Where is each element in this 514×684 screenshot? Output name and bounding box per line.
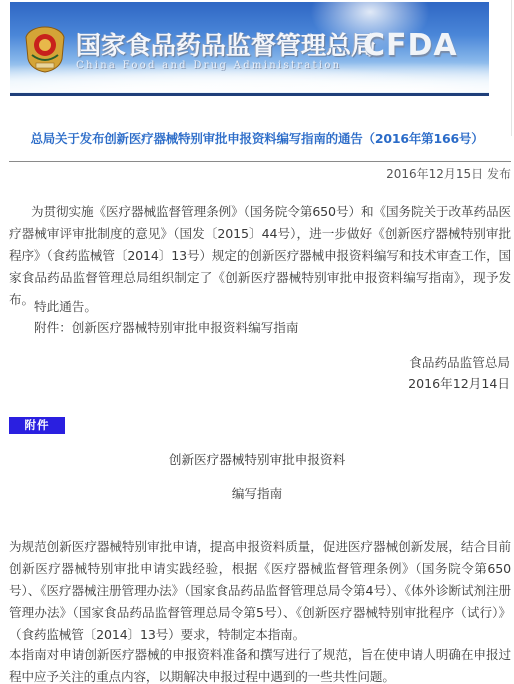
attachment-heading-line1: 创新医疗器械特别审批申报资料	[0, 449, 514, 468]
attachment-paragraph-1: 为规范创新医疗器械特别审批申请，提高申报资料质量，促进医疗器械创新发展，结合目前…	[9, 536, 511, 646]
national-emblem-icon	[24, 25, 66, 73]
title-divider	[9, 161, 511, 162]
attachment-heading-line2: 编写指南	[0, 483, 514, 502]
notice-closing: 特此通告。	[34, 296, 97, 315]
agency-name-en: China Food and Drug Administration	[76, 60, 341, 71]
agency-banner: 国家食品药品监督管理总局 China Food and Drug Adminis…	[10, 2, 489, 96]
banner-bottom-bar	[10, 93, 489, 96]
page-edge-rule	[511, 0, 512, 136]
signature-date: 2016年12月14日	[408, 373, 510, 392]
notice-title: 总局关于发布创新医疗器械特别审批申报资料编写指南的通告（2016年第166号）	[0, 129, 514, 147]
signature-org: 食品药品监管总局	[409, 352, 510, 371]
notice-body: 为贯彻实施《医疗器械监督管理条例》（国务院令第650号）和《国务院关于改革药品医…	[9, 201, 511, 311]
attachment-reference: 附件：创新医疗器械特别审批申报资料编写指南	[34, 317, 298, 336]
agency-name-cn: 国家食品药品监督管理总局	[76, 26, 376, 62]
publish-date: 2016年12月15日 发布	[386, 165, 511, 182]
cfda-logo: CFDA	[363, 28, 458, 63]
attachment-paragraph-2: 本指南对申请创新医疗器械的申报资料准备和撰写进行了规范，旨在使申请人明确在申报过…	[9, 644, 511, 684]
attachment-badge: 附件	[9, 417, 65, 434]
